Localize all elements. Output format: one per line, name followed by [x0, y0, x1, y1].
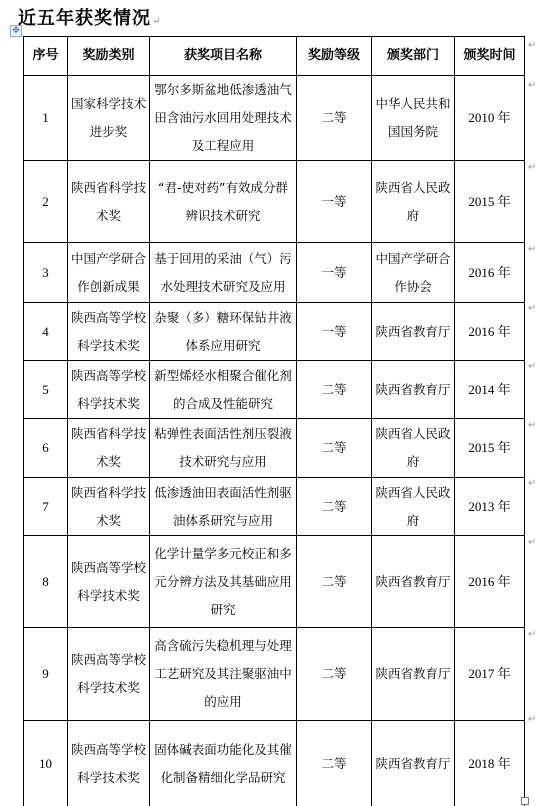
cell-dept: 陕西省人民政府	[372, 419, 455, 478]
cell-project: 基于回用的采油（气）污水处理技术研究及应用	[150, 243, 297, 303]
cell-year: 2017 年	[455, 628, 525, 721]
cell-level: 二等	[297, 76, 372, 161]
document-heading: 近五年获奖情况↵	[18, 4, 161, 30]
cell-no: 6	[24, 419, 68, 478]
table-resize-handle[interactable]	[521, 797, 529, 805]
cell-year: 2016 年	[455, 303, 525, 361]
table-row: 1 国家科学技术进步奖 鄂尔多斯盆地低渗透油气田含油污水回用处理技术及工程应用 …	[24, 76, 525, 161]
header-level: 奖励等级	[297, 37, 372, 76]
row-end-mark-icon: ↵	[528, 714, 536, 725]
cell-category: 陕西高等学校科学技术奖	[68, 628, 150, 721]
cell-dept: 陕西省教育厅	[372, 536, 455, 628]
cell-category: 陕西高等学校科学技术奖	[68, 303, 150, 361]
cell-dept: 中华人民共和国国务院	[372, 76, 455, 161]
table-row: 10 陕西高等学校科学技术奖 固体碱表面功能化及其催化制备精细化学品研究 二等 …	[24, 721, 525, 806]
cell-level: 二等	[297, 721, 372, 806]
paragraph-mark-icon: ↵	[152, 16, 161, 27]
cell-project: 杂聚（多）糖环保钻井液体系应用研究	[150, 303, 297, 361]
table-row: 9 陕西高等学校科学技术奖 高含硫污失稳机理与处理工艺研究及其注聚驱油中的应用 …	[24, 628, 525, 721]
table-row: 7 陕西省科学技术奖 低渗透油田表面活性剂驱油体系研究与应用 二等 陕西省人民政…	[24, 478, 525, 536]
cell-category: 陕西省科学技术奖	[68, 161, 150, 243]
cell-level: 一等	[297, 303, 372, 361]
table-row: 4 陕西高等学校科学技术奖 杂聚（多）糖环保钻井液体系应用研究 一等 陕西省教育…	[24, 303, 525, 361]
row-end-mark-icon: ↵	[528, 162, 536, 173]
cell-dept: 陕西省教育厅	[372, 628, 455, 721]
cell-level: 二等	[297, 536, 372, 628]
table-row: 2 陕西省科学技术奖 “君-使对药”有效成分群辨识技术研究 一等 陕西省人民政府…	[24, 161, 525, 243]
cell-no: 1	[24, 76, 68, 161]
cell-no: 10	[24, 721, 68, 806]
cell-project: 高含硫污失稳机理与处理工艺研究及其注聚驱油中的应用	[150, 628, 297, 721]
cell-year: 2014 年	[455, 361, 525, 419]
header-no: 序号	[24, 37, 68, 76]
row-end-mark-icon: ↵	[528, 40, 536, 51]
cell-year: 2013 年	[455, 478, 525, 536]
header-project: 获奖项目名称	[150, 37, 297, 76]
cell-level: 一等	[297, 161, 372, 243]
row-end-mark-icon: ↵	[528, 244, 536, 255]
cell-year: 2016 年	[455, 243, 525, 303]
cell-category: 陕西高等学校科学技术奖	[68, 536, 150, 628]
cell-category: 陕西高等学校科学技术奖	[68, 721, 150, 806]
cell-year: 2016 年	[455, 536, 525, 628]
cell-no: 8	[24, 536, 68, 628]
cell-project: 鄂尔多斯盆地低渗透油气田含油污水回用处理技术及工程应用	[150, 76, 297, 161]
cell-no: 9	[24, 628, 68, 721]
cell-dept: 中国产学研合作协会	[372, 243, 455, 303]
row-end-mark-icon: ↵	[528, 361, 536, 372]
table-row: 6 陕西省科学技术奖 粘弹性表面活性剂压裂液技术研究与应用 二等 陕西省人民政府…	[24, 419, 525, 478]
cell-category: 中国产学研合作创新成果	[68, 243, 150, 303]
cell-no: 5	[24, 361, 68, 419]
cell-category: 国家科学技术进步奖	[68, 76, 150, 161]
table-move-handle-icon[interactable]: ✥	[10, 25, 22, 37]
cell-project: 固体碱表面功能化及其催化制备精细化学品研究	[150, 721, 297, 806]
row-end-mark-icon: ↵	[528, 420, 536, 431]
cell-no: 4	[24, 303, 68, 361]
row-end-mark-icon: ↵	[528, 80, 536, 91]
heading-text: 近五年获奖情况	[18, 8, 151, 29]
cell-level: 一等	[297, 243, 372, 303]
cell-year: 2015 年	[455, 419, 525, 478]
cell-level: 二等	[297, 628, 372, 721]
cell-category: 陕西高等学校科学技术奖	[68, 361, 150, 419]
table-row: 3 中国产学研合作创新成果 基于回用的采油（气）污水处理技术研究及应用 一等 中…	[24, 243, 525, 303]
row-end-mark-icon: ↵	[528, 537, 536, 548]
cell-level: 二等	[297, 478, 372, 536]
cell-project: 化学计量学多元校正和多元分辨方法及其基础应用研究	[150, 536, 297, 628]
header-year: 颁奖时间	[455, 37, 525, 76]
row-end-mark-icon: ↵	[528, 478, 536, 489]
cell-no: 3	[24, 243, 68, 303]
cell-level: 二等	[297, 419, 372, 478]
cell-project: “君-使对药”有效成分群辨识技术研究	[150, 161, 297, 243]
cell-year: 2010 年	[455, 76, 525, 161]
cell-no: 2	[24, 161, 68, 243]
header-category: 奖励类别	[68, 37, 150, 76]
cell-dept: 陕西省教育厅	[372, 721, 455, 806]
header-dept: 颁奖部门	[372, 37, 455, 76]
cell-year: 2018 年	[455, 721, 525, 806]
awards-table: 序号 奖励类别 获奖项目名称 奖励等级 颁奖部门 颁奖时间 1 国家科学技术进步…	[23, 36, 525, 806]
cell-dept: 陕西省人民政府	[372, 478, 455, 536]
row-end-mark-icon: ↵	[528, 629, 536, 640]
table-row: 8 陕西高等学校科学技术奖 化学计量学多元校正和多元分辨方法及其基础应用研究 二…	[24, 536, 525, 628]
cell-year: 2015 年	[455, 161, 525, 243]
cell-dept: 陕西省教育厅	[372, 361, 455, 419]
cell-category: 陕西省科学技术奖	[68, 419, 150, 478]
cell-dept: 陕西省人民政府	[372, 161, 455, 243]
table-row: 5 陕西高等学校科学技术奖 新型烯烃水相聚合催化剂的合成及性能研究 二等 陕西省…	[24, 361, 525, 419]
table-header-row: 序号 奖励类别 获奖项目名称 奖励等级 颁奖部门 颁奖时间	[24, 37, 525, 76]
cell-project: 新型烯烃水相聚合催化剂的合成及性能研究	[150, 361, 297, 419]
cell-project: 粘弹性表面活性剂压裂液技术研究与应用	[150, 419, 297, 478]
cell-no: 7	[24, 478, 68, 536]
cell-level: 二等	[297, 361, 372, 419]
cell-category: 陕西省科学技术奖	[68, 478, 150, 536]
row-end-mark-icon: ↵	[528, 303, 536, 314]
cell-dept: 陕西省教育厅	[372, 303, 455, 361]
cell-project: 低渗透油田表面活性剂驱油体系研究与应用	[150, 478, 297, 536]
